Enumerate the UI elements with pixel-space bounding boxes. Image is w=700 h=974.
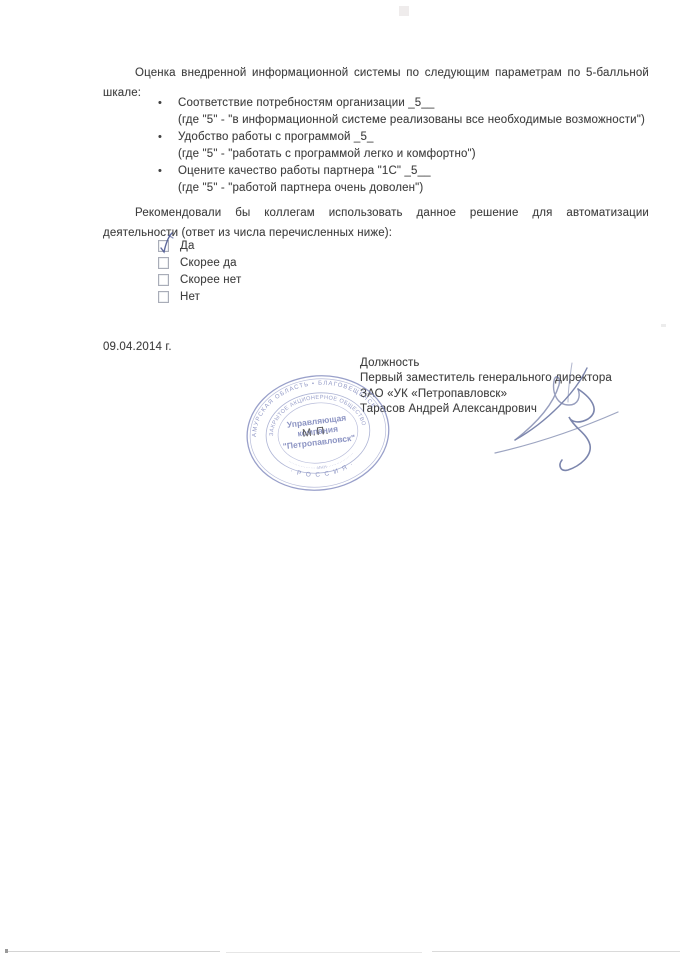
- rating-note: (где "5" - "работой партнера очень довол…: [178, 180, 431, 197]
- company-stamp: АМУРСКАЯ ОБЛАСТЬ • БЛАГОВЕЩЕНСК ЗАКРЫТОЕ…: [236, 364, 400, 502]
- rating-item-partner: • Оцените качество работы партнера "1С" …: [158, 163, 663, 197]
- option-no: Нет: [158, 290, 200, 304]
- checkbox-empty: [158, 291, 169, 303]
- option-yes: Да: [158, 239, 194, 253]
- rating-item-fit: • Соответствие потребностям организации …: [158, 95, 663, 129]
- scan-artifact: [399, 6, 409, 16]
- option-label: Скорее нет: [180, 272, 241, 289]
- rating-note: (где "5" - "работать с программой легко …: [178, 146, 476, 163]
- option-label: Нет: [180, 289, 200, 306]
- option-label: Скорее да: [180, 255, 237, 272]
- scan-artifact-line: [8, 951, 220, 952]
- signature-scribble: [475, 360, 645, 482]
- option-rather-yes: Скорее да: [158, 256, 237, 270]
- rating-label: Удобство работы с программой _5_: [178, 129, 476, 146]
- rating-note: (где "5" - "в информационной системе реа…: [178, 112, 645, 129]
- scan-artifact-line: [226, 952, 422, 953]
- intro-line-1: Оценка внедренной информационной системы…: [103, 63, 649, 83]
- scan-artifact-line: [432, 951, 680, 952]
- checkbox-empty: [158, 257, 169, 269]
- bullet-icon: •: [158, 163, 178, 197]
- recommend-line-1: Рекомендовали бы коллегам использовать д…: [103, 203, 649, 223]
- rating-label: Соответствие потребностям организации _5…: [178, 95, 645, 112]
- scanned-document-page: Оценка внедренной информационной системы…: [0, 0, 700, 974]
- option-rather-no: Скорее нет: [158, 273, 241, 287]
- checkmark-icon: [156, 231, 176, 255]
- rating-item-usability: • Удобство работы с программой _5_ (где …: [158, 129, 663, 163]
- scan-artifact: [5, 949, 8, 953]
- rating-label: Оцените качество работы партнера "1С" _5…: [178, 163, 431, 180]
- bullet-icon: •: [158, 95, 178, 129]
- checkbox-empty: [158, 274, 169, 286]
- checkbox-checked: [158, 240, 169, 252]
- date-text: 09.04.2014 г.: [103, 339, 172, 356]
- bullet-icon: •: [158, 129, 178, 163]
- option-label: Да: [180, 238, 194, 255]
- scan-artifact: [661, 324, 666, 327]
